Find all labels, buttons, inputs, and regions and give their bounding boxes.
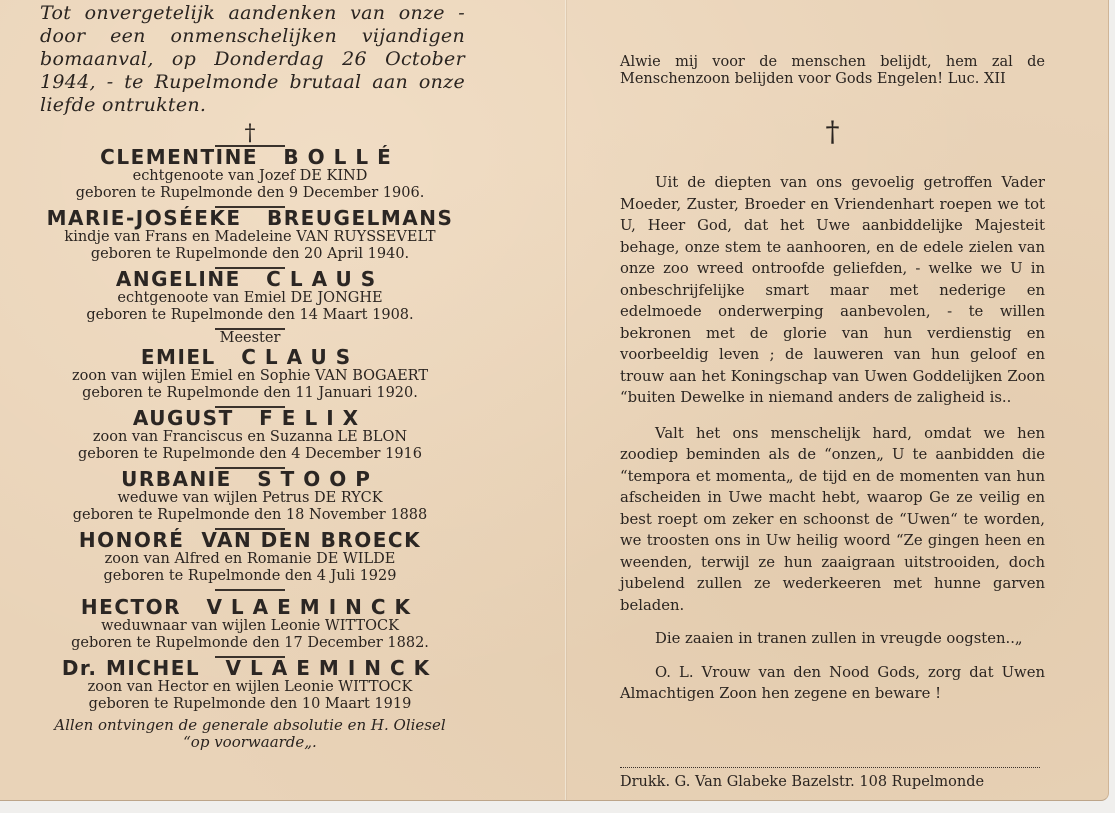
person-name: Dr. MICHEL VLAEMINCK <box>30 658 470 679</box>
person-birth: geboren te Rupelmonde den 10 Maart 1919 <box>30 696 470 713</box>
person-birth: geboren te Rupelmonde den 17 December 18… <box>30 635 470 652</box>
separator <box>215 589 285 591</box>
cross-icon: † <box>30 123 470 145</box>
scripture-quote: Alwie mij voor de menschen belijdt, hem … <box>620 54 1045 88</box>
person-relation: zoon van Alfred en Romanie DE WILDE <box>30 551 470 568</box>
person-name: HECTOR VLAEMINCK <box>30 597 470 618</box>
person-relation: zoon van Hector en wijlen Leonie WITTOCK <box>30 679 470 696</box>
person-entry: URBANIE STOOP weduwe van wijlen Petrus D… <box>30 469 470 524</box>
intro-text: Tot onvergetelijk aandenken van onze - d… <box>40 2 465 117</box>
person-entry: HONORÉ VAN DEN BROECK zoon van Alfred en… <box>30 530 470 585</box>
absolution-line: “op voorwaarde„. <box>30 734 470 751</box>
person-birth: geboren te Rupelmonde den 4 December 191… <box>30 446 470 463</box>
absolution-line: Allen ontvingen de generale absolutie en… <box>30 717 470 734</box>
dotted-divider <box>620 767 1040 768</box>
person-relation: weduwe van wijlen Petrus DE RYCK <box>30 490 470 507</box>
printer-credit: Drukk. G. Van Glabeke Bazelstr. 108 Rupe… <box>620 774 1045 790</box>
memorial-card: Tot onvergetelijk aandenken van onze - d… <box>0 0 1109 801</box>
absolution-note: Allen ontvingen de generale absolutie en… <box>30 717 470 751</box>
person-birth: geboren te Rupelmonde den 4 Juli 1929 <box>30 568 470 585</box>
person-name: MARIE-JOSÉEKE BREUGELMANS <box>30 208 470 229</box>
fold-crease <box>565 0 567 800</box>
person-entry: HECTOR VLAEMINCK weduwnaar van wijlen Le… <box>30 597 470 652</box>
person-entry: Dr. MICHEL VLAEMINCK zoon van Hector en … <box>30 658 470 713</box>
left-panel: Tot onvergetelijk aandenken van onze - d… <box>30 0 470 800</box>
prayer-paragraph: O. L. Vrouw van den Nood Gods, zorg dat … <box>620 662 1045 705</box>
prayer-paragraph: Valt het ons menschelijk hard, omdat we … <box>620 423 1045 617</box>
person-relation: echtgenoote van Jozef DE KIND <box>30 168 470 185</box>
person-entry: ANGELINE CLAUS echtgenoote van Emiel DE … <box>30 269 470 324</box>
person-birth: geboren te Rupelmonde den 14 Maart 1908. <box>30 307 470 324</box>
person-birth: geboren te Rupelmonde den 18 November 18… <box>30 507 470 524</box>
person-name: ANGELINE CLAUS <box>30 269 470 290</box>
prayer-paragraph: Die zaaien in tranen zullen in vreugde o… <box>620 628 1045 650</box>
person-relation: zoon van wijlen Emiel en Sophie VAN BOGA… <box>30 368 470 385</box>
person-name: AUGUST FELIX <box>30 408 470 429</box>
person-name: CLEMENTINE BOLLÉ <box>30 147 470 168</box>
person-name: URBANIE STOOP <box>30 469 470 490</box>
person-entry: Meester EMIEL CLAUS zoon van wijlen Emie… <box>30 330 470 402</box>
person-birth: geboren te Rupelmonde den 9 December 190… <box>30 185 470 202</box>
person-birth: geboren te Rupelmonde den 11 Januari 192… <box>30 385 470 402</box>
prayer-paragraph: Uit de diepten van ons gevoelig getroffe… <box>620 172 1045 409</box>
person-relation: zoon van Franciscus en Suzanna LE BLON <box>30 429 470 446</box>
person-name: HONORÉ VAN DEN BROECK <box>30 530 470 551</box>
person-relation: echtgenoote van Emiel DE JONGHE <box>30 290 470 307</box>
right-panel: Alwie mij voor de menschen belijdt, hem … <box>620 0 1045 800</box>
person-entry: CLEMENTINE BOLLÉ echtgenoote van Jozef D… <box>30 147 470 202</box>
person-birth: geboren te Rupelmonde den 20 April 1940. <box>30 246 470 263</box>
person-entry: AUGUST FELIX zoon van Franciscus en Suza… <box>30 408 470 463</box>
cross-icon: † <box>620 118 1045 146</box>
person-relation: weduwnaar van wijlen Leonie WITTOCK <box>30 618 470 635</box>
person-name: EMIEL CLAUS <box>30 347 470 368</box>
person-relation: kindje van Frans en Madeleine VAN RUYSSE… <box>30 229 470 246</box>
person-entry: MARIE-JOSÉEKE BREUGELMANS kindje van Fra… <box>30 208 470 263</box>
